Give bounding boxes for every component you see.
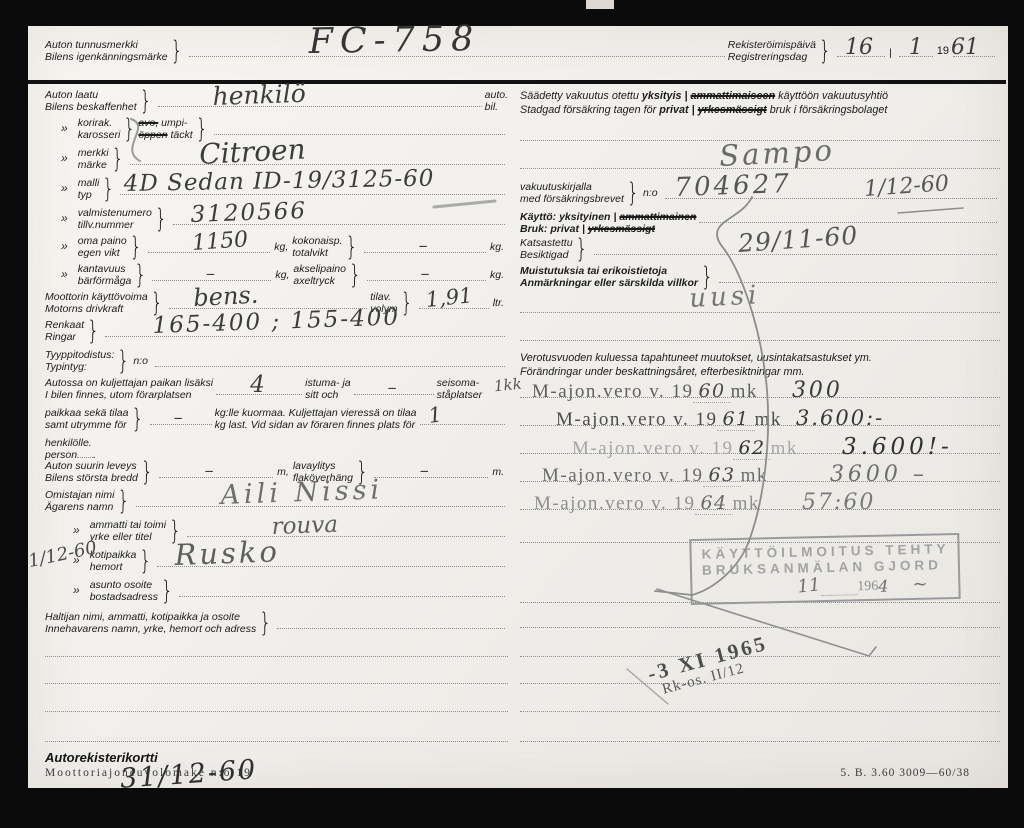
plate-answer-line: FC-758	[189, 44, 725, 57]
scanned-registration-card: { "form": { "ditto": "»", "pipe": "|", "…	[0, 0, 1024, 828]
akselipaino-value-handwritten: –	[421, 265, 430, 283]
kotipaikka-value-handwritten: Rusko	[174, 537, 280, 570]
label-bil: bil.	[485, 102, 508, 114]
insurance-paragraph: Säädetty vakuutus otettu yksityis|ammatt…	[520, 90, 1000, 117]
tax-value-handwritten: 3.600:-	[796, 406, 884, 430]
label-sv: typ	[78, 190, 100, 202]
label-fi: Tyyppitodistus:	[45, 350, 114, 362]
insurance-fi-post: käyttöön vakuutusyhtiö	[778, 90, 888, 102]
tilavuus-answer-line: 1,91	[419, 296, 489, 309]
policy-number-handwritten: 704627	[674, 171, 792, 201]
empty-line	[45, 656, 508, 657]
valmistenumero-value-handwritten: 3120566	[190, 200, 307, 227]
label-fi: oma paino	[78, 236, 127, 248]
option-oppen-struck: öppen	[138, 129, 167, 141]
row-asunto: » asunto osoitebostadsadress }	[45, 580, 508, 603]
ditto-mark: »	[73, 523, 80, 537]
ditto-mark: »	[61, 211, 68, 225]
regdate-label: Rekisteröimispäivä Registreringsdag	[728, 40, 816, 63]
option-separator: |	[613, 211, 616, 223]
label-tilav: tilav.	[370, 292, 397, 304]
empty-line	[520, 627, 1000, 628]
tyyppitodistus-answer-line	[155, 354, 505, 367]
label-istuma: istuma- ja	[305, 378, 351, 390]
tax-note-handwritten: 1kk	[493, 377, 522, 395]
standing-answer-line: –	[354, 382, 434, 395]
muistutuksia-value-handwritten: uusi	[689, 282, 761, 312]
brace: }	[140, 89, 152, 115]
insurance-sv-option: privat	[659, 104, 688, 116]
insurance-fi-struck-option: ammattimaiseen	[691, 90, 776, 102]
unit-kg: kg.	[490, 269, 504, 281]
brace: }	[141, 460, 153, 486]
empty-line	[520, 741, 1000, 742]
unit-ltr: ltr.	[493, 297, 504, 309]
brace: }	[117, 349, 129, 375]
muistutuksia-second-line: uusi	[520, 312, 1000, 313]
tax-year-handwritten: 62	[733, 437, 770, 460]
tax-year-handwritten: 64	[695, 492, 732, 515]
plate-label-fi: Auton tunnusmerkki	[45, 40, 168, 52]
unit-m: m.	[492, 466, 504, 478]
label-sv: Innehavarens namn, yrke, hemort och adre…	[45, 624, 256, 636]
kaytto-fi-struck-option: ammattimainen	[619, 211, 696, 223]
lavaylitys-value-handwritten: –	[420, 462, 429, 480]
usage-stamp-year-printed: 196	[857, 579, 878, 595]
merkki-answer-line: Citroen	[130, 152, 505, 165]
tax-stamp-text: M-ajon.vero v. 19	[534, 493, 695, 515]
date-stamp: -3 XI 1965 Rk-os. II/12	[645, 631, 774, 702]
label-fi: Auton suurin leveys	[45, 461, 138, 473]
plate-label-sv: Bilens igenkänningsmärke	[45, 52, 168, 64]
label-no: n:o	[643, 187, 658, 199]
tax-mk: mk	[755, 409, 782, 431]
empty-line	[45, 741, 508, 742]
scan-paper-notch	[586, 0, 614, 9]
plate-row: Auton tunnusmerkki Bilens igenkänningsmä…	[45, 40, 998, 63]
brace: }	[155, 207, 167, 233]
katsastettu-answer-line: 29/11-60	[594, 242, 997, 255]
label-sv: tillv.nummer	[78, 220, 152, 232]
verotus-paragraph: Verotusvuoden kuluessa tapahtuneet muuto…	[520, 352, 1000, 379]
load-value-handwritten: –	[174, 409, 183, 427]
ditto-mark: »	[61, 151, 68, 165]
kayttovoima-value-handwritten: bens.	[193, 283, 259, 310]
label-kuormaa-fi: kg:lle kuormaa. Kuljettajan vieressä on …	[215, 408, 417, 420]
tax-year-handwritten: 60	[693, 380, 730, 403]
unit-kg: kg,	[275, 269, 289, 281]
dotted-gap	[77, 457, 93, 458]
kantavuus-answer-line: –	[152, 268, 271, 281]
tax-mk: mk	[733, 493, 760, 515]
option-umpi: umpi-	[161, 117, 187, 129]
label-sv: Besiktigad	[520, 250, 573, 262]
label-sv: Ringar	[45, 332, 84, 344]
oma-paino-answer-line: 1150	[148, 240, 270, 253]
verotus-fi: Verotusvuoden kuluessa tapahtuneet muuto…	[520, 352, 1000, 366]
label-sv: samt utrymme för	[45, 420, 128, 432]
regdate-month-handwritten: 1	[909, 37, 923, 59]
label-auto: auto.	[485, 90, 508, 102]
empty-line	[45, 683, 508, 684]
asunto-answer-line	[179, 584, 505, 597]
regdate-year-line: 61	[953, 44, 995, 57]
plate-label: Auton tunnusmerkki Bilens igenkänningsmä…	[45, 40, 168, 63]
label-kokonaisp: kokonaisp.	[292, 236, 342, 248]
codriver-value-handwritten: 1	[427, 404, 443, 427]
period: .	[93, 449, 96, 461]
label-fi: Renkaat	[45, 320, 84, 332]
standing-value-handwritten: –	[388, 379, 397, 397]
lavaylitys-answer-line: –	[374, 465, 488, 478]
policy-date-handwritten: 1/12-60	[863, 173, 949, 201]
option-separator: |	[582, 223, 585, 235]
kokonaispaino-value-handwritten: –	[419, 237, 428, 255]
kaytto-label-sv: Bruk:	[520, 223, 547, 235]
option-separator: |	[684, 90, 687, 102]
label-staplatser: ståplatser	[437, 390, 483, 402]
tax-mk: mk	[731, 381, 758, 403]
insurance-sv-struck-option: yrkesmässigt	[698, 104, 767, 116]
ditto-mark: »	[73, 583, 80, 597]
kaytto-sv-option: privat	[550, 223, 579, 235]
unit-kg: kg.	[490, 241, 504, 253]
option-avo-struck: avo,	[138, 117, 158, 129]
label-no: n:o	[133, 355, 148, 367]
row-renkaat: RenkaatRingar } 165-400 ; 155-400	[45, 320, 508, 343]
akselipaino-answer-line: –	[367, 268, 486, 281]
tax-value-handwritten: 3600 –	[830, 462, 928, 487]
merkki-value-handwritten: Citroen	[198, 135, 306, 169]
brace: }	[87, 319, 99, 345]
brace: }	[161, 579, 173, 605]
omistaja-answer-line: Aili Nissi	[136, 494, 505, 507]
tax-value-handwritten: 3.600!-	[842, 434, 953, 460]
insurance-fi-pre: Säädetty vakuutus otettu	[520, 90, 639, 102]
label-fi: Moottorin käyttövoima	[45, 292, 148, 304]
kantavuus-value-handwritten: –	[206, 265, 215, 283]
brace: }	[139, 549, 151, 575]
tax-row-1963: M-ajon.vero v. 1963mk 3600 –	[520, 462, 1000, 482]
row-laatu: Auton laatuBilens beskaffenhet } henkilö…	[45, 90, 508, 113]
label-sv: Anmärkningar eller särskilda villkor	[520, 278, 698, 290]
tax-mk: mk	[771, 438, 798, 460]
policy-answer-line: 704627 1/12-60	[665, 186, 997, 199]
section-divider-rule	[28, 80, 1006, 84]
print-code: 5. B. 3.60 3009—60/38	[840, 767, 970, 779]
verotus-sv: Förändringar under beskattningsåret, eft…	[520, 366, 1000, 380]
row-kotipaikka: » kotipaikkahemort } Rusko	[45, 550, 508, 573]
label-sv: Bilens beskaffenhet	[45, 102, 137, 114]
tax-stamp-text: M-ajon.vero v. 19	[572, 438, 733, 460]
insurance-company-line: Sampo	[520, 168, 1000, 169]
label-sv: Typintyg:	[45, 362, 114, 374]
unit-m: m,	[277, 466, 289, 478]
label-fi: merkki	[78, 148, 109, 160]
brace: }	[345, 235, 357, 261]
label-fi: malli	[78, 178, 100, 190]
empty-line	[520, 683, 1000, 684]
label-fi: Omistajan nimi	[45, 490, 114, 502]
load-answer-line: –	[150, 412, 212, 425]
label-sv: Motorns drivkraft	[45, 304, 148, 316]
insurance-sv-pre: Stadgad försäkring tagen för	[520, 104, 656, 116]
year-prefix-printed: 19	[937, 45, 949, 57]
tax-stamp-text: M-ajon.vero v. 19	[556, 409, 717, 431]
row-malli: » mallityp } 4D Sedan ID-19/3125-60	[45, 178, 508, 201]
empty-line	[45, 711, 508, 712]
label-fi: paikkaa sekä tilaa	[45, 408, 128, 420]
label-sv: bärförmåga	[78, 276, 132, 288]
brace: }	[171, 39, 183, 65]
omistaja-value-handwritten: Aili Nissi	[220, 476, 383, 509]
tax-stamp-text: M-ajon.vero v. 19	[542, 465, 703, 487]
seats-value-handwritten: 4	[250, 374, 265, 397]
ditto-mark: »	[61, 239, 68, 253]
label-fi: kantavuus	[78, 264, 132, 276]
label-sv: med försäkringsbrevet	[520, 194, 624, 206]
kaytto-sv-struck-option: yrkesmässigt	[588, 223, 655, 235]
regdate-month-line: 1	[899, 44, 933, 57]
kaytto-fi-option: yksityinen	[559, 211, 610, 223]
tax-value-handwritten: 300	[792, 378, 843, 403]
tax-value-handwritten: 57:60	[802, 490, 875, 515]
leveys-value-handwritten: –	[205, 462, 214, 480]
label-sv: karosseri	[78, 130, 121, 142]
codriver-answer-line: 1	[420, 412, 505, 425]
row-haltija: Haltijan nimi, ammatti, kotipaikka ja os…	[45, 612, 508, 635]
label-fi: Katsastettu	[520, 238, 573, 250]
brace: }	[401, 291, 413, 317]
kotipaikka-answer-line: Rusko	[157, 554, 505, 567]
row-omistaja: Omistajan nimiÄgarens namn } Aili Nissi	[45, 490, 508, 513]
label-fi: vakuutuskirjalla	[520, 182, 624, 194]
label-fi: asunto osoite	[90, 580, 158, 592]
brace: }	[576, 237, 588, 263]
brace: }	[131, 407, 143, 433]
insurance-fi-option: yksityis	[642, 90, 682, 102]
tax-mk: mk	[741, 465, 768, 487]
muistutuksia-answer-line	[719, 270, 997, 283]
empty-line	[520, 711, 1000, 712]
row-katsastettu: KatsastettuBesiktigad } 29/11-60	[520, 238, 1000, 261]
label-sv: hemort	[90, 562, 137, 574]
footer-date-handwritten: 31/12-60	[119, 756, 258, 793]
oma-paino-value-handwritten: 1150	[191, 229, 248, 255]
label-totalvikt: totalvikt	[292, 248, 342, 260]
leveys-answer-line: –	[159, 465, 273, 478]
label-fi: valmistenumero	[78, 208, 152, 220]
brace: }	[102, 177, 114, 203]
malli-answer-line: 4D Sedan ID-19/3125-60	[120, 182, 505, 195]
laatu-value-handwritten: henkilö	[212, 81, 306, 109]
brace: }	[117, 489, 129, 515]
option-tackt: täckt	[171, 129, 193, 141]
brace: }	[259, 611, 271, 637]
row-persons: henkilölle. person.	[45, 438, 508, 461]
left-column: Auton laatuBilens beskaffenhet } henkilö…	[45, 86, 508, 786]
brace: }	[112, 147, 124, 173]
kaytto-label-fi: Käyttö:	[520, 211, 556, 223]
laatu-answer-line: henkilö	[158, 94, 482, 107]
ammatti-value-handwritten: rouva	[271, 514, 338, 539]
row-oma-paino: » oma painoegen vikt } 1150 kg, kokonais…	[45, 236, 508, 259]
label-axeltryck: axeltryck	[293, 276, 346, 288]
label-akselipaino: akselipaino	[293, 264, 346, 276]
ditto-mark: »	[61, 267, 68, 281]
tilde-mark: ~	[912, 576, 927, 594]
label-sv: Ägarens namn	[45, 502, 114, 514]
row-policy: vakuutuskirjallamed försäkringsbrevet } …	[520, 182, 1000, 205]
ditto-mark: »	[61, 181, 68, 195]
usage-stamp-year-handwritten: 4	[878, 579, 889, 595]
label-fi: Autossa on kuljettajan paikan lisäksi	[45, 378, 213, 390]
ditto-mark: »	[61, 121, 68, 135]
brace: }	[123, 117, 135, 143]
insurance-company-handwritten: Sampo	[718, 136, 835, 171]
label-sv: egen vikt	[78, 248, 127, 260]
brace: }	[627, 181, 639, 207]
regdate-day-line: 16	[837, 44, 885, 57]
label-seisoma: seisoma-	[437, 378, 483, 390]
regdate-day-handwritten: 16	[845, 37, 873, 59]
row-load: paikkaa sekä tilaasamt utrymme för } – k…	[45, 408, 508, 431]
usage-stamp-day-handwritten: 11	[797, 576, 822, 596]
brace: }	[349, 263, 361, 289]
row-kantavuus: » kantavuusbärförmåga } – kg, akselipain…	[45, 264, 508, 287]
valmistenumero-answer-line: 3120566	[173, 212, 505, 225]
haltija-answer-line	[277, 616, 505, 629]
label-sv: yrke eller titel	[90, 532, 166, 544]
empty-line	[520, 340, 1000, 341]
renkaat-value-handwritten: 165-400 ; 155-400	[152, 306, 400, 338]
label-fi: Muistutuksia tai erikoistietoja	[520, 266, 698, 278]
label-fi: Haltijan nimi, ammatti, kotipaikka ja os…	[45, 612, 256, 624]
tax-row-1964: M-ajon.vero v. 1964mk 57:60	[520, 490, 1000, 510]
row-seats: Autossa on kuljettajan paikan lisäksiI b…	[45, 378, 508, 401]
label-lavaylitys: lavaylitys	[293, 461, 353, 473]
kokonaispaino-answer-line: –	[364, 240, 486, 253]
label-fi: korirak.	[78, 118, 121, 130]
seats-answer-line: 4	[216, 382, 302, 395]
right-column: Säädetty vakuutus otettu yksityis|ammatt…	[520, 86, 1000, 786]
registration-card: Auton tunnusmerkki Bilens igenkänningsmä…	[28, 26, 1008, 788]
dotted-gap	[821, 594, 857, 596]
plate-value-handwritten: FC-758	[308, 22, 480, 60]
unit-kg: kg,	[274, 241, 288, 253]
label-sitt: sitt och	[305, 390, 351, 402]
brace: }	[819, 39, 831, 65]
row-muistutuksia: Muistutuksia tai erikoistietojaAnmärknin…	[520, 266, 1000, 289]
tilavuus-value-handwritten: 1,91	[425, 285, 474, 311]
tax-stamp-text: M-ajon.vero v. 19	[532, 381, 693, 403]
label-sv: bostadsadress	[90, 592, 158, 604]
tax-year-handwritten: 63	[703, 464, 740, 487]
renkaat-answer-line: 165-400 ; 155-400	[105, 324, 505, 337]
tax-row-1961: M-ajon.vero v. 1961mk 3.600:-	[520, 406, 1000, 426]
regdate-label-fi: Rekisteröimispäivä	[728, 40, 816, 52]
option-separator: |	[692, 104, 695, 116]
regdate-label-sv: Registreringsdag	[728, 52, 816, 64]
label-sv: märke	[78, 160, 109, 172]
brace: }	[130, 235, 142, 261]
tax-row-1960: M-ajon.vero v. 1960mk 300	[520, 378, 1000, 398]
label-sv: Bilens största bredd	[45, 473, 138, 485]
insurance-sv-post: bruk i försäkringsbolaget	[770, 104, 888, 116]
brace: }	[134, 263, 146, 289]
korirak-answer-line	[214, 122, 505, 135]
usage-declaration-stamp: KÄYTTÖILMOITUS TEHTY BRUKSANMÄLAN GJORD …	[689, 533, 960, 605]
malli-value-handwritten: 4D Sedan ID-19/3125-60	[124, 168, 435, 196]
row-tyyppitodistus: Tyyppitodistus:Typintyg: } n:o	[45, 350, 508, 373]
date-separator: |	[889, 47, 892, 59]
label-fi: ammatti tai toimi	[90, 520, 166, 532]
katsastettu-value-handwritten: 29/11-60	[737, 223, 859, 256]
tax-year-handwritten: 61	[717, 408, 754, 431]
tax-row-1962: M-ajon.vero v. 1962mk 3.600!-	[520, 434, 1000, 454]
regdate-year-handwritten: 61	[951, 37, 979, 59]
label-fi: Auton laatu	[45, 90, 137, 102]
label-sv: I bilen finnes, utom förarplatsen	[45, 390, 213, 402]
label-kuormaa-sv: kg last. Vid sidan av föraren finnes pla…	[215, 420, 417, 432]
label-person: person	[45, 449, 77, 461]
row-valmistenumero: » valmistenumerotillv.nummer } 3120566	[45, 208, 508, 231]
